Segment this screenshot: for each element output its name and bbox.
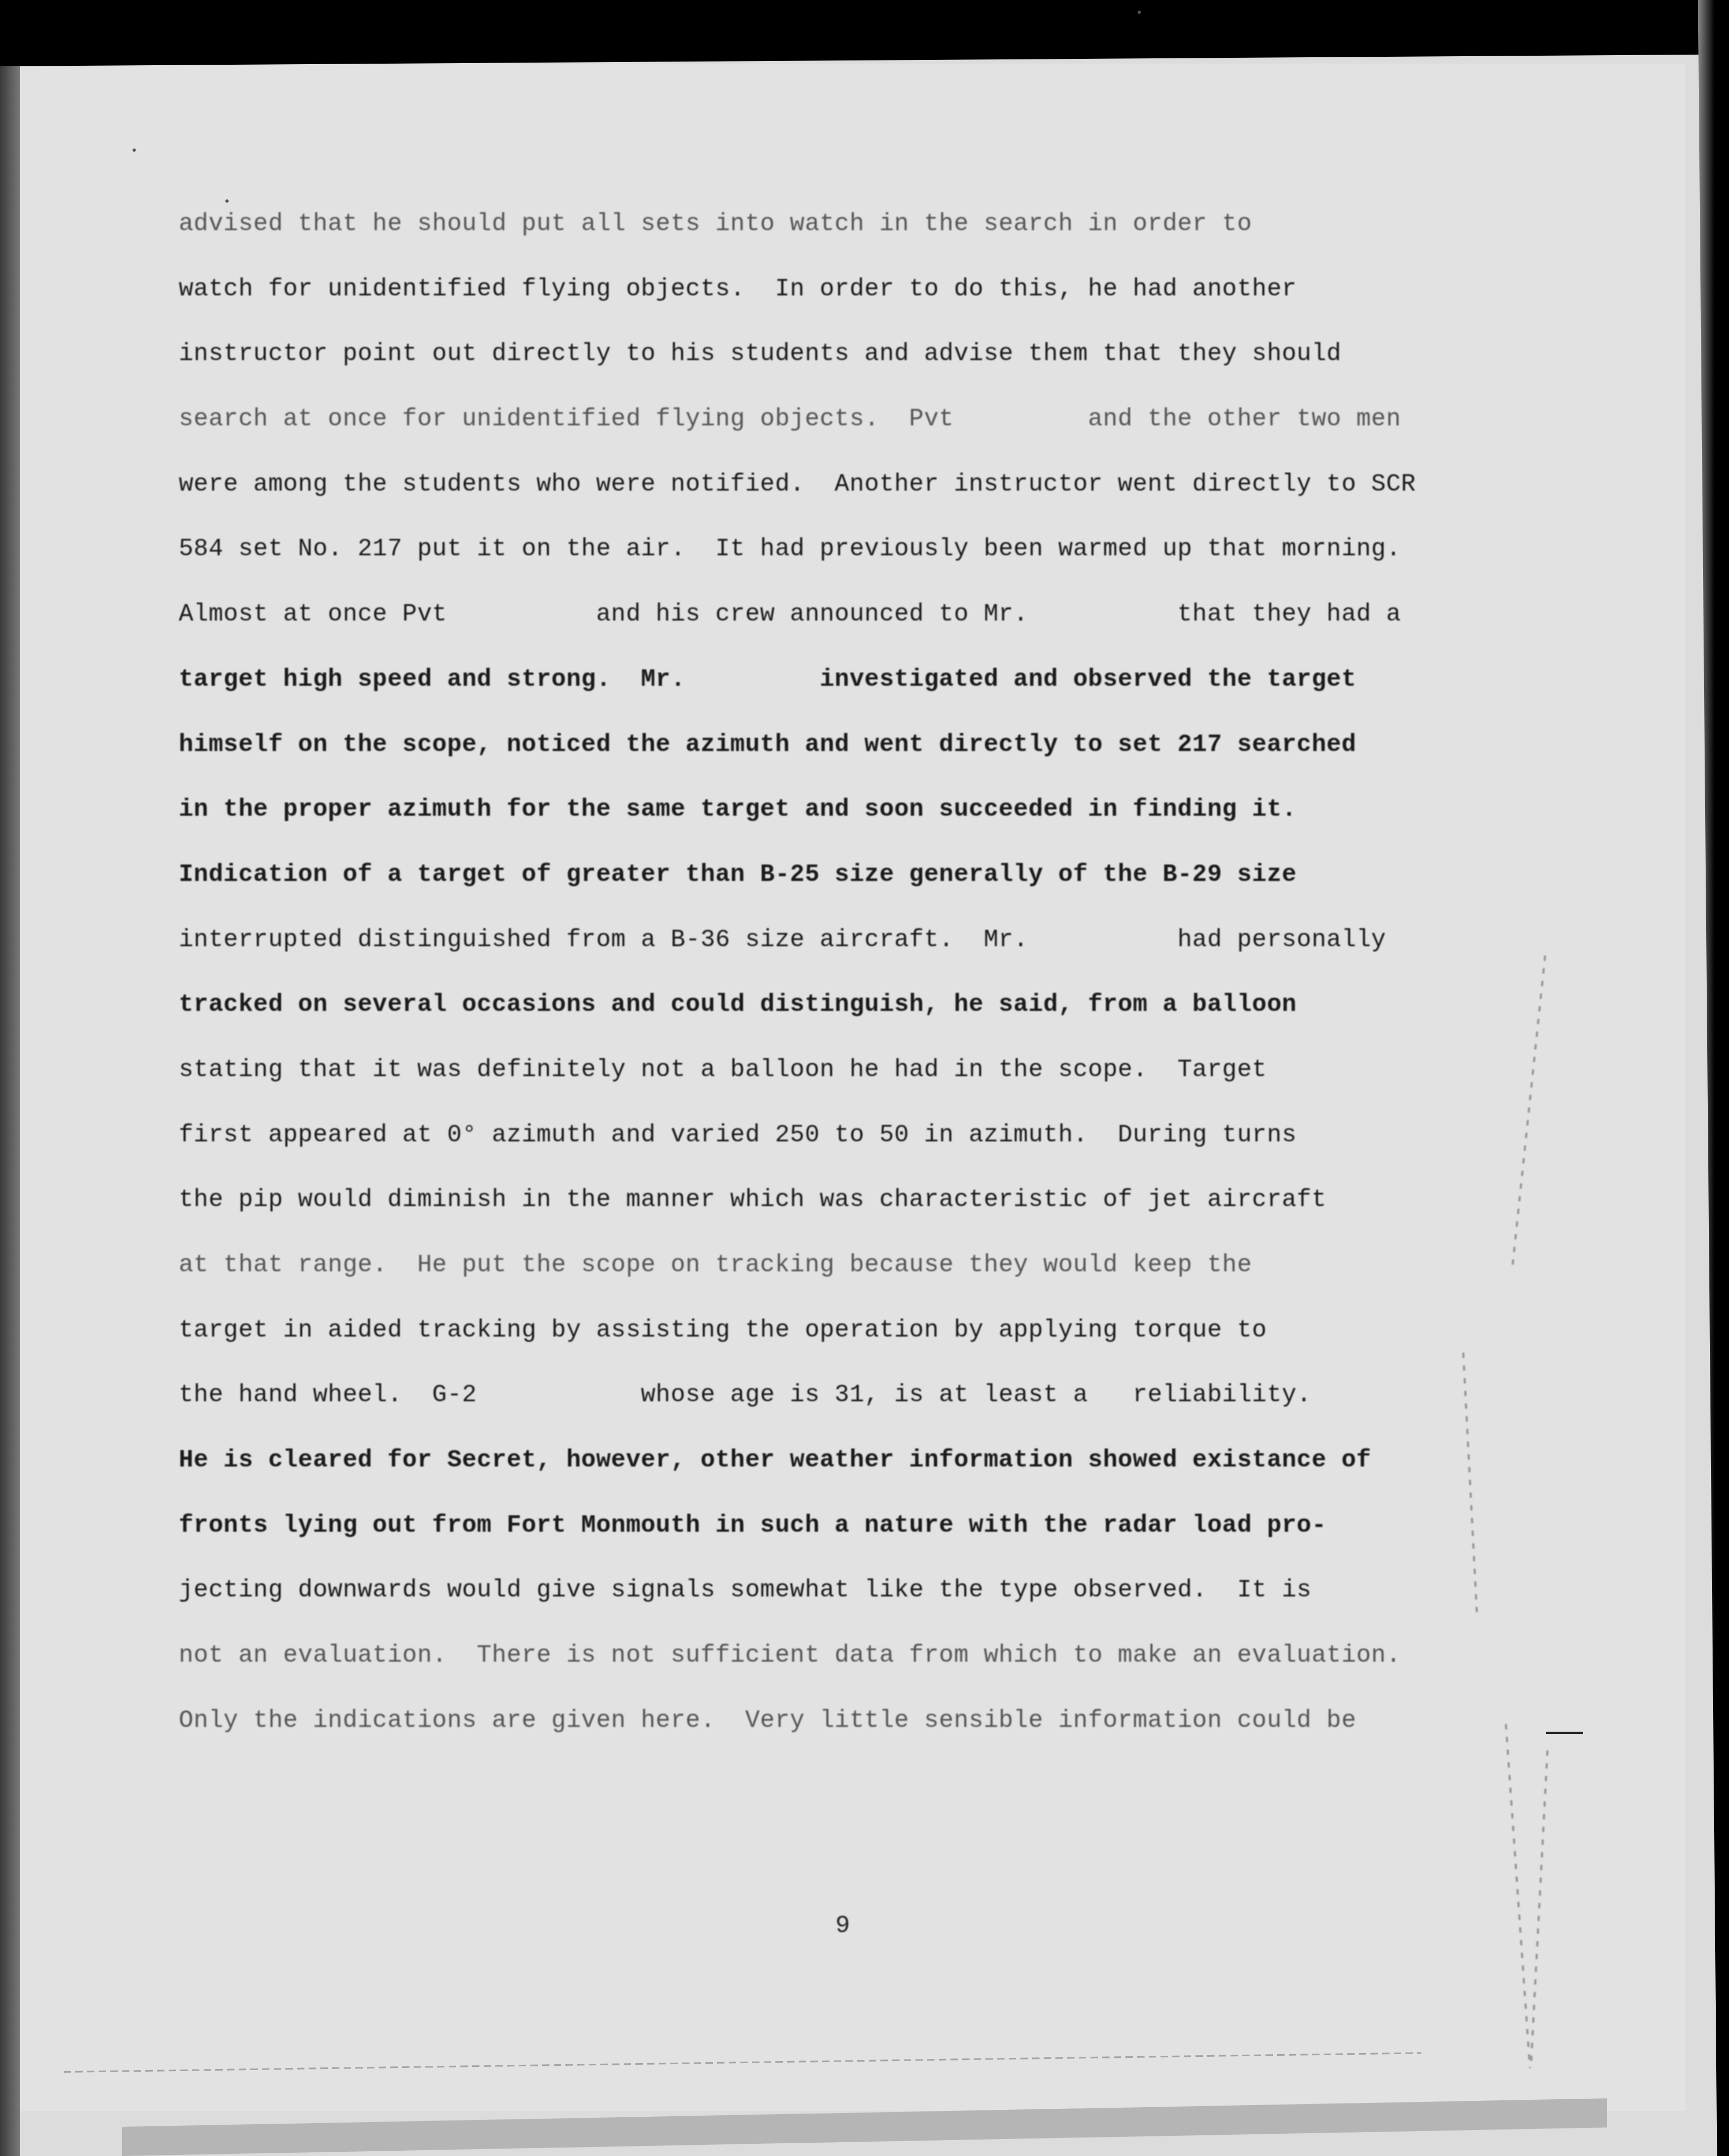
scan-left-border [0, 66, 20, 2156]
scan-top-border [0, 0, 1729, 66]
text-line: instructor point out directly to his stu… [179, 338, 1526, 403]
text-line: interrupted distinguished from a B-36 si… [179, 924, 1526, 989]
dust-speck [133, 149, 136, 152]
text-line: the pip would diminish in the manner whi… [179, 1184, 1526, 1249]
scan-background: advised that he should put all sets into… [0, 0, 1729, 2156]
text-line: advised that he should put all sets into… [179, 208, 1526, 273]
dust-speck [1138, 11, 1141, 14]
text-line: the hand wheel. G-2 whose age is 31, is … [179, 1379, 1526, 1444]
text-line: at that range. He put the scope on track… [179, 1249, 1526, 1314]
text-line: target in aided tracking by assisting th… [179, 1314, 1526, 1380]
text-line: fronts lying out from Fort Monmouth in s… [179, 1509, 1526, 1575]
page-number: 9 [835, 1912, 850, 1940]
text-line: watch for unidentified flying objects. I… [179, 273, 1526, 338]
text-line: Almost at once Pvt and his crew announce… [179, 598, 1526, 664]
text-line: He is cleared for Secret, however, other… [179, 1444, 1526, 1509]
text-line: jecting downwards would give signals som… [179, 1574, 1526, 1639]
text-line: in the proper azimuth for the same targe… [179, 793, 1526, 859]
text-line: tracked on several occasions and could d… [179, 989, 1526, 1054]
text-line: target high speed and strong. Mr. invest… [179, 664, 1526, 729]
text-line: Indication of a target of greater than B… [179, 859, 1526, 924]
text-line: himself on the scope, noticed the azimut… [179, 729, 1526, 794]
text-line: were among the students who were notifie… [179, 468, 1526, 534]
text-line: stating that it was definitely not a bal… [179, 1054, 1526, 1119]
text-line: not an evaluation. There is not sufficie… [179, 1639, 1526, 1705]
text-line: search at once for unidentified flying o… [179, 403, 1526, 468]
scan-right-border [1681, 0, 1729, 2156]
text-line: 584 set No. 217 put it on the air. It ha… [179, 533, 1526, 598]
dust-speck [225, 199, 229, 203]
text-line: Only the indications are given here. Ver… [179, 1705, 1526, 1770]
margin-dash-mark [1546, 1732, 1583, 1734]
text-line: first appeared at 0° azimuth and varied … [179, 1119, 1526, 1184]
document-body: advised that he should put all sets into… [179, 208, 1526, 1770]
